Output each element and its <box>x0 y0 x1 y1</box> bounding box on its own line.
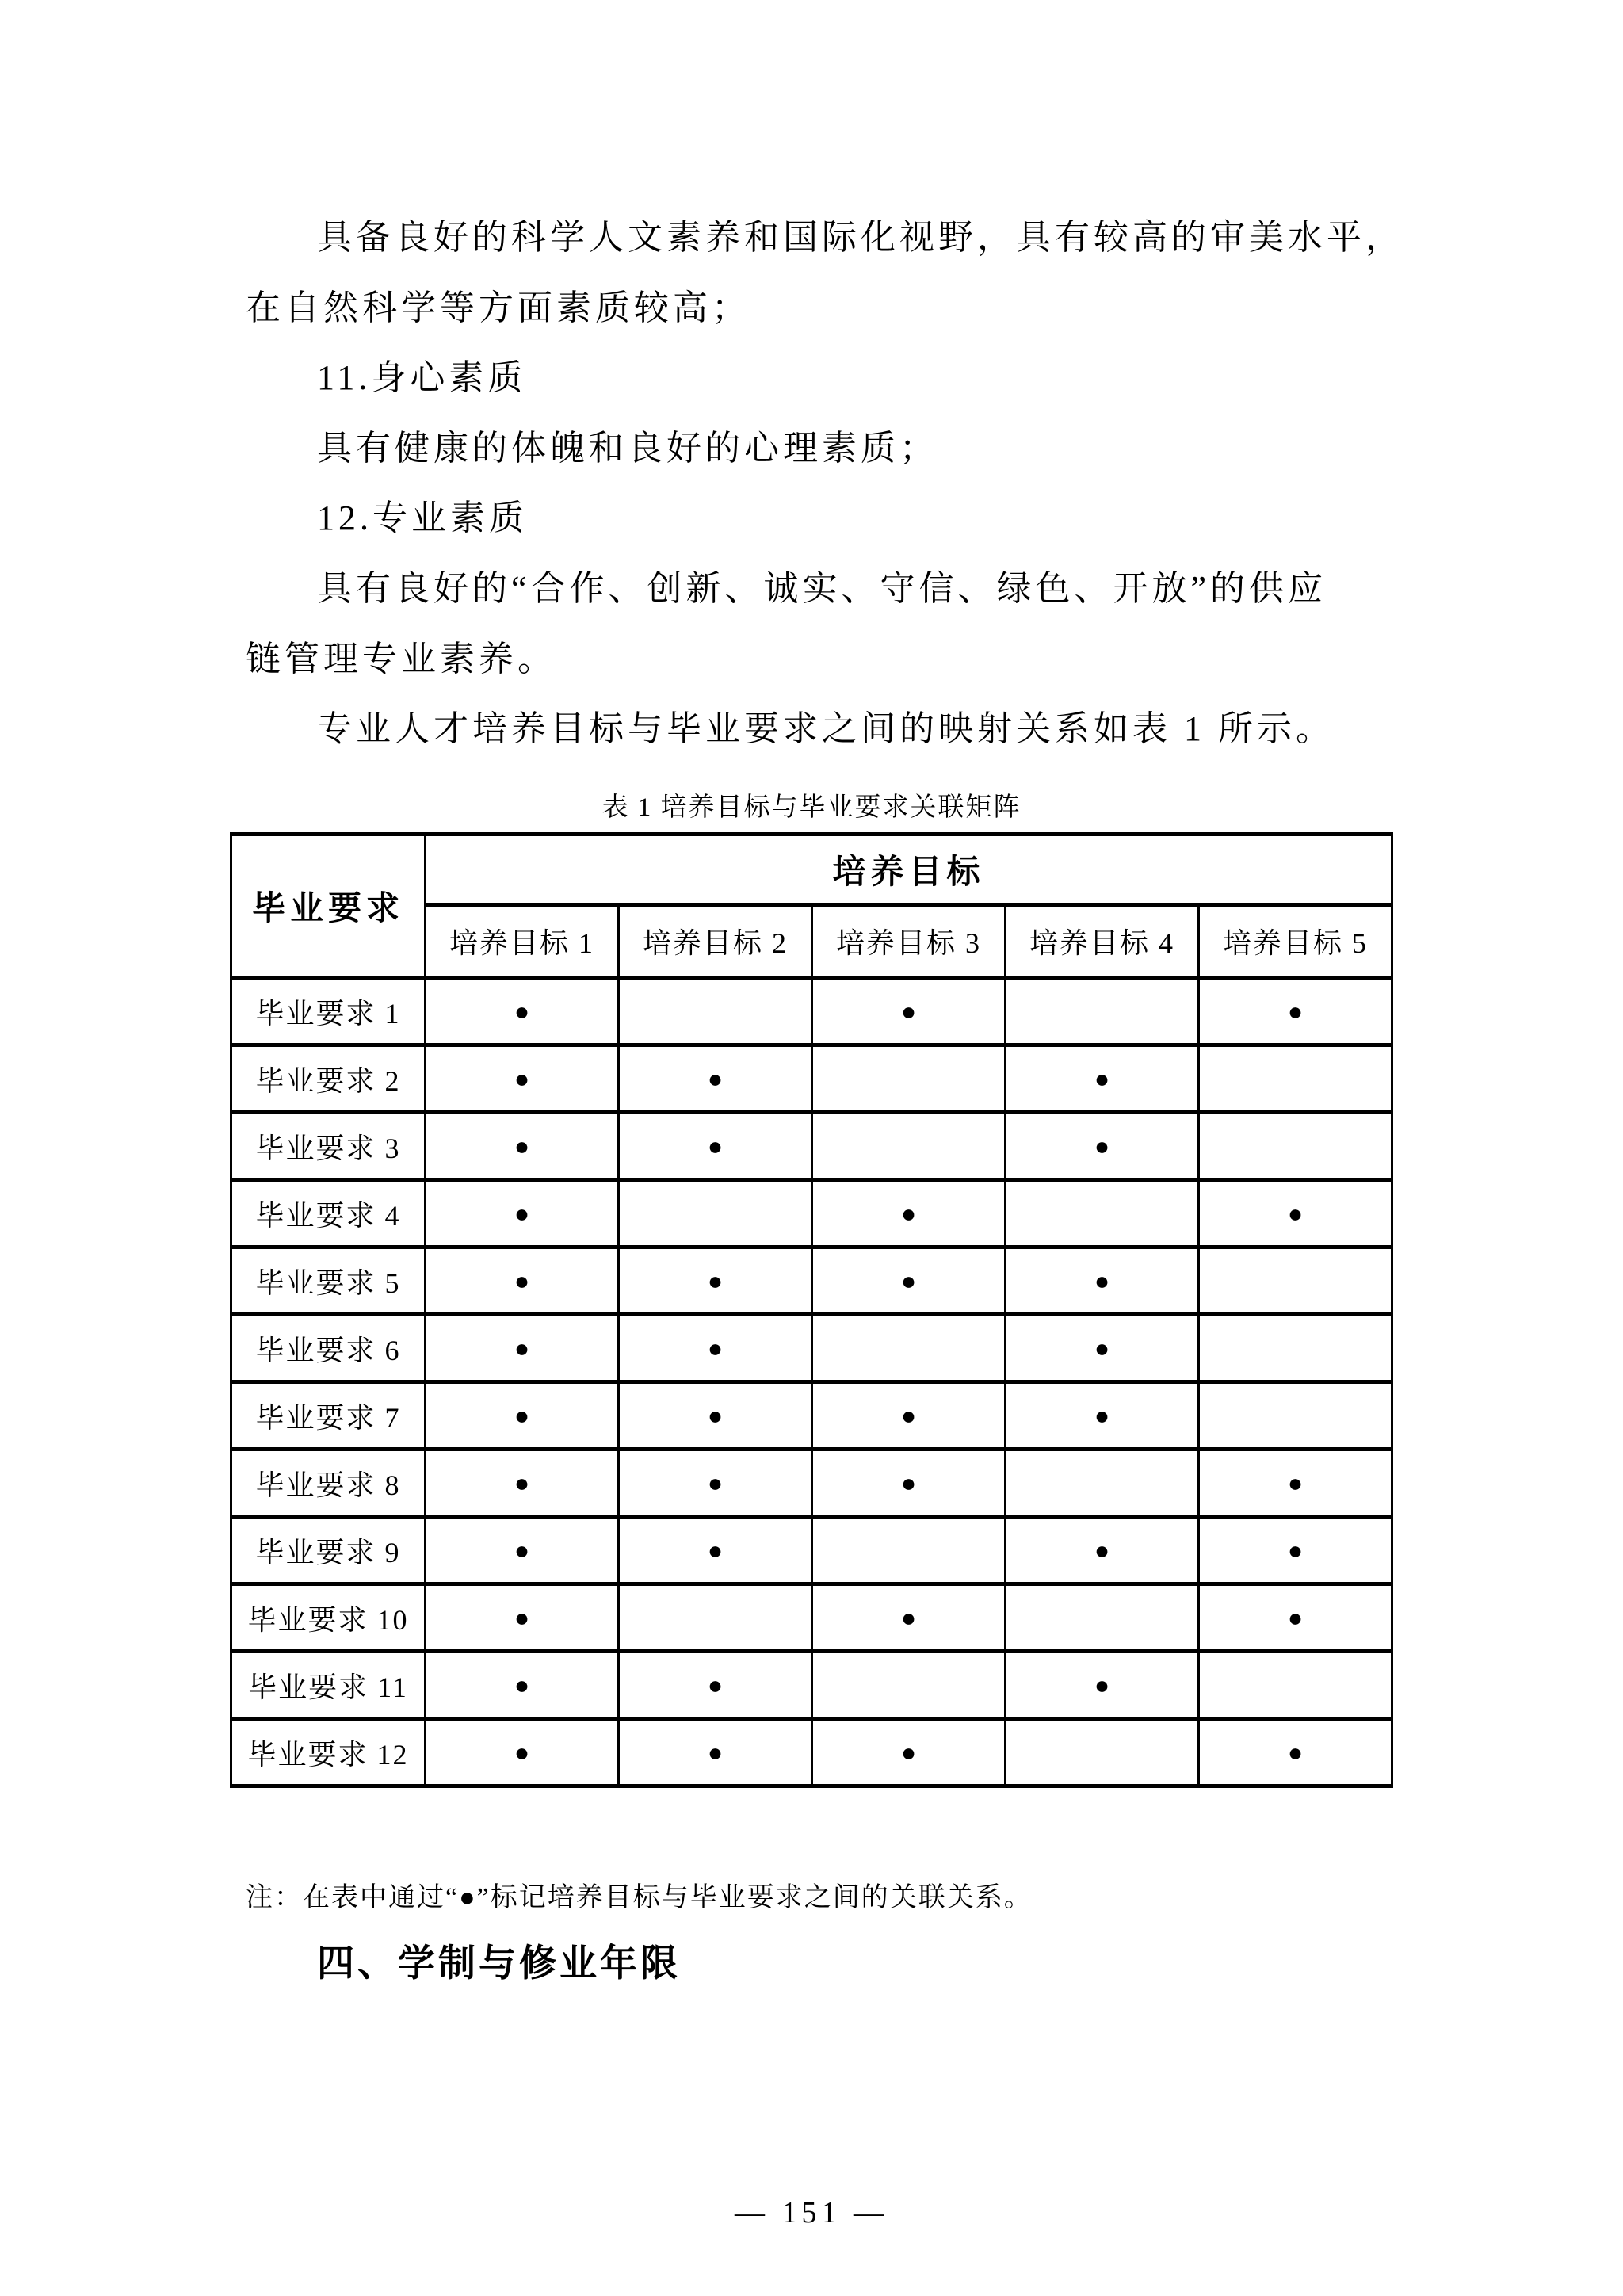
group-header-row: 毕业要求 培养目标 <box>231 835 1392 905</box>
mark-cell-dot: ● <box>1199 978 1392 1045</box>
mark-cell-dot: ● <box>619 1315 812 1382</box>
mark-cell-dot: ● <box>426 1315 619 1382</box>
mark-cell-dot: ● <box>426 1719 619 1786</box>
col-header-cell: 培养目标 3 <box>812 905 1006 978</box>
mark-cell-dot: ● <box>1006 1045 1199 1113</box>
mark-cell-dot: ● <box>1006 1247 1199 1315</box>
row-label-cell: 毕业要求 12 <box>231 1719 426 1786</box>
mark-cell-dot: ● <box>426 1045 619 1113</box>
mark-cell-dot: ● <box>426 1113 619 1180</box>
paragraph-line: 具有健康的体魄和良好的心理素质； <box>246 414 1514 484</box>
mark-cell-dot: ● <box>812 1247 1006 1315</box>
document-page: 具备良好的科学人文素养和国际化视野，具有较高的审美水平，在自然科学等方面素质较高… <box>0 0 1623 2296</box>
mark-cell-dot: ● <box>619 1382 812 1450</box>
table-row: 毕业要求 5●●●● <box>231 1247 1392 1315</box>
mark-cell-empty <box>812 1315 1006 1382</box>
table-row: 毕业要求 11●●● <box>231 1652 1392 1719</box>
row-label-cell: 毕业要求 5 <box>231 1247 426 1315</box>
row-label-cell: 毕业要求 10 <box>231 1584 426 1652</box>
mark-cell-empty <box>812 1113 1006 1180</box>
mark-cell-empty <box>1199 1247 1392 1315</box>
table-row: 毕业要求 7●●●● <box>231 1382 1392 1450</box>
row-label-cell: 毕业要求 6 <box>231 1315 426 1382</box>
mark-cell-dot: ● <box>426 978 619 1045</box>
mark-cell-empty <box>1006 1584 1199 1652</box>
mark-cell-dot: ● <box>1199 1584 1392 1652</box>
mark-cell-dot: ● <box>619 1113 812 1180</box>
mark-cell-empty <box>1006 978 1199 1045</box>
table-row: 毕业要求 6●●● <box>231 1315 1392 1382</box>
row-label-cell: 毕业要求 7 <box>231 1382 426 1450</box>
mark-cell-dot: ● <box>619 1450 812 1517</box>
mark-cell-dot: ● <box>426 1517 619 1584</box>
row-label-cell: 毕业要求 4 <box>231 1180 426 1247</box>
paragraph-line: 具有良好的“合作、创新、诚实、守信、绿色、开放”的供应 <box>246 554 1514 625</box>
section-heading: 四、学制与修业年限 <box>317 1934 681 1987</box>
mark-cell-empty <box>1006 1180 1199 1247</box>
mark-cell-dot: ● <box>426 1382 619 1450</box>
mark-cell-dot: ● <box>426 1180 619 1247</box>
mapping-table: 毕业要求 培养目标 培养目标 1培养目标 2培养目标 3培养目标 4培养目标 5… <box>230 832 1393 1788</box>
mark-cell-dot: ● <box>619 1517 812 1584</box>
paragraph-line: 链管理专业素养。 <box>246 625 1514 695</box>
paragraph-line: 具备良好的科学人文素养和国际化视野，具有较高的审美水平， <box>246 203 1514 273</box>
mark-cell-empty <box>1199 1045 1392 1113</box>
paragraph-line: 在自然科学等方面素质较高； <box>246 273 1514 344</box>
mark-cell-empty <box>619 1584 812 1652</box>
group-header-cell: 培养目标 <box>426 835 1392 905</box>
mark-cell-dot: ● <box>812 1382 1006 1450</box>
mark-cell-empty <box>1199 1382 1392 1450</box>
paragraph-line: 专业人才培养目标与毕业要求之间的映射关系如表 1 所示。 <box>246 694 1514 765</box>
row-label-cell: 毕业要求 3 <box>231 1113 426 1180</box>
mark-cell-empty <box>1006 1450 1199 1517</box>
mark-cell-empty <box>1199 1652 1392 1719</box>
table-row: 毕业要求 9●●●● <box>231 1517 1392 1584</box>
mark-cell-dot: ● <box>812 1584 1006 1652</box>
mark-cell-dot: ● <box>1006 1517 1199 1584</box>
col-header-cell: 培养目标 1 <box>426 905 619 978</box>
mark-cell-dot: ● <box>619 1247 812 1315</box>
mark-cell-dot: ● <box>1199 1180 1392 1247</box>
mark-cell-dot: ● <box>1006 1382 1199 1450</box>
table-row: 毕业要求 10●●● <box>231 1584 1392 1652</box>
table-caption: 表 1 培养目标与毕业要求关联矩阵 <box>0 786 1623 823</box>
mark-cell-empty <box>812 1517 1006 1584</box>
col-header-cell: 培养目标 4 <box>1006 905 1199 978</box>
mark-cell-dot: ● <box>426 1652 619 1719</box>
table-row: 毕业要求 1●●● <box>231 978 1392 1045</box>
table-row: 毕业要求 3●●● <box>231 1113 1392 1180</box>
table-row: 毕业要求 4●●● <box>231 1180 1392 1247</box>
table-row: 毕业要求 8●●●● <box>231 1450 1392 1517</box>
body-text: 具备良好的科学人文素养和国际化视野，具有较高的审美水平，在自然科学等方面素质较高… <box>246 203 1514 765</box>
paragraph-line: 11.身心素质 <box>246 343 1514 414</box>
col-header-cell: 培养目标 2 <box>619 905 812 978</box>
mark-cell-dot: ● <box>1199 1719 1392 1786</box>
mark-cell-dot: ● <box>1199 1450 1392 1517</box>
mark-cell-dot: ● <box>812 1180 1006 1247</box>
mark-cell-dot: ● <box>619 1045 812 1113</box>
corner-header-cell: 毕业要求 <box>231 835 426 978</box>
table-body: 毕业要求 1●●●毕业要求 2●●●毕业要求 3●●●毕业要求 4●●●毕业要求… <box>231 978 1392 1786</box>
table-note: 注：在表中通过“●”标记培养目标与毕业要求之间的关联关系。 <box>246 1875 1033 1914</box>
mark-cell-empty <box>812 1045 1006 1113</box>
mark-cell-dot: ● <box>1006 1652 1199 1719</box>
mark-cell-dot: ● <box>812 1450 1006 1517</box>
mark-cell-dot: ● <box>1199 1517 1392 1584</box>
row-label-cell: 毕业要求 1 <box>231 978 426 1045</box>
mark-cell-dot: ● <box>1006 1113 1199 1180</box>
row-label-cell: 毕业要求 11 <box>231 1652 426 1719</box>
mark-cell-dot: ● <box>619 1652 812 1719</box>
mark-cell-dot: ● <box>426 1247 619 1315</box>
mark-cell-empty <box>619 978 812 1045</box>
table-row: 毕业要求 12●●●● <box>231 1719 1392 1786</box>
col-header-cell: 培养目标 5 <box>1199 905 1392 978</box>
mark-cell-dot: ● <box>619 1719 812 1786</box>
row-label-cell: 毕业要求 9 <box>231 1517 426 1584</box>
mark-cell-empty <box>1006 1719 1199 1786</box>
mark-cell-empty <box>619 1180 812 1247</box>
mark-cell-empty <box>1199 1113 1392 1180</box>
mark-cell-dot: ● <box>426 1450 619 1517</box>
page-number: — 151 — <box>0 2195 1623 2230</box>
paragraph-line: 12.专业素质 <box>246 483 1514 554</box>
mark-cell-dot: ● <box>1006 1315 1199 1382</box>
mark-cell-dot: ● <box>812 1719 1006 1786</box>
mark-cell-empty <box>812 1652 1006 1719</box>
mark-cell-dot: ● <box>426 1584 619 1652</box>
table-row: 毕业要求 2●●● <box>231 1045 1392 1113</box>
row-label-cell: 毕业要求 2 <box>231 1045 426 1113</box>
mark-cell-dot: ● <box>812 978 1006 1045</box>
row-label-cell: 毕业要求 8 <box>231 1450 426 1517</box>
mark-cell-empty <box>1199 1315 1392 1382</box>
